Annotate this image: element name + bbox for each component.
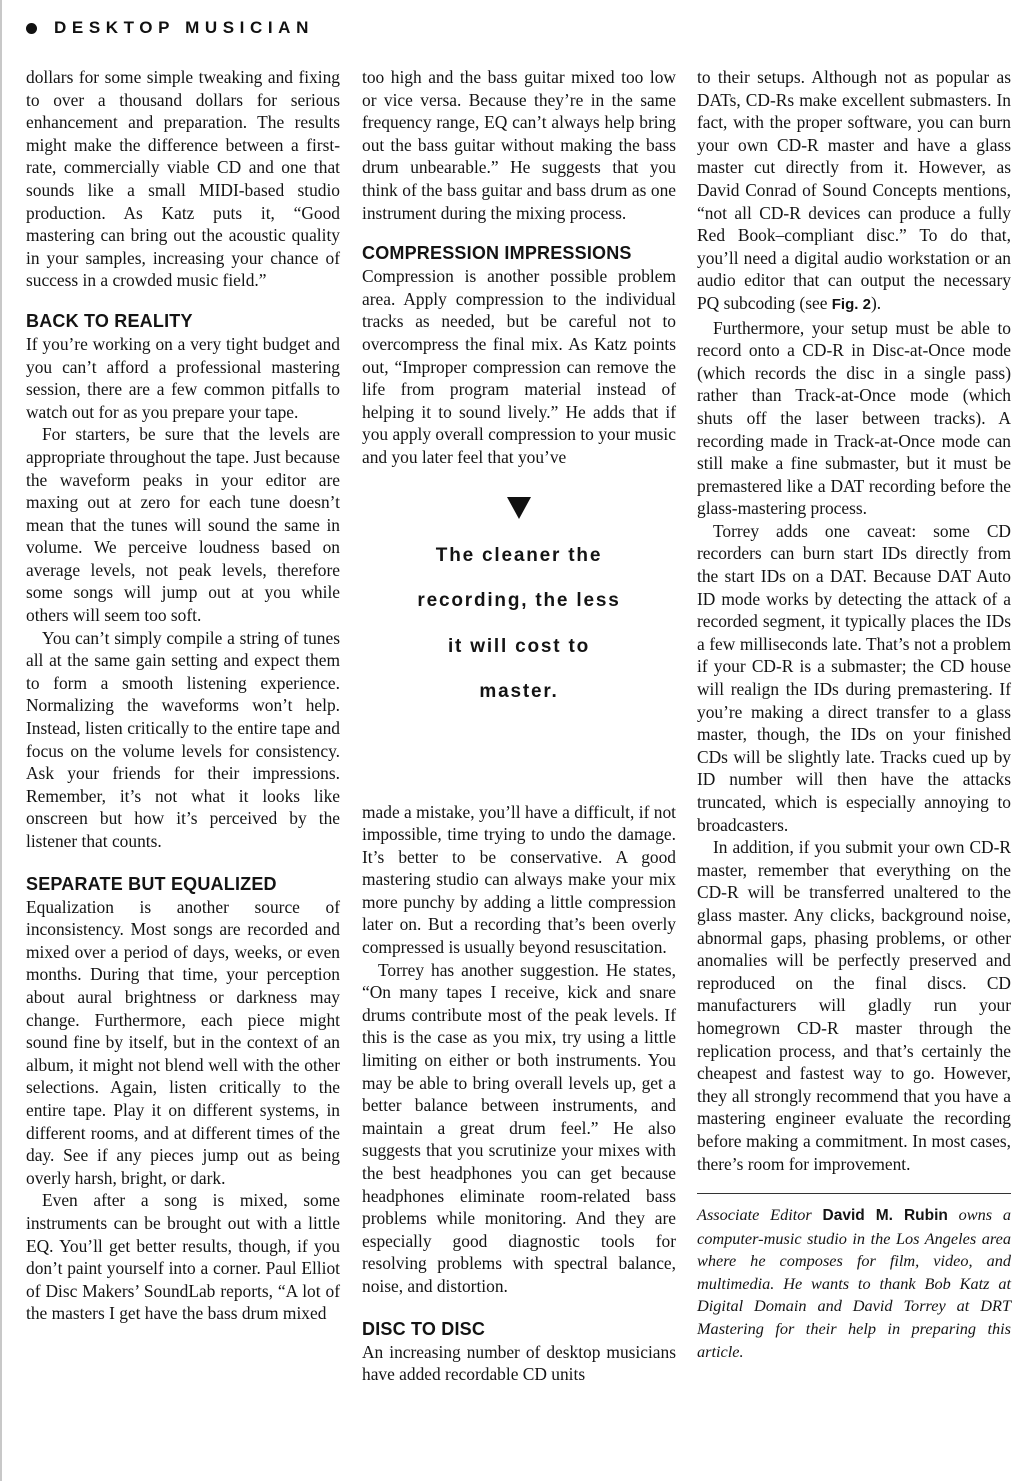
paragraph: Even after a song is mixed, some instrum… (26, 1189, 340, 1325)
author-name: David M. Rubin (823, 1207, 948, 1224)
paragraph: Furthermore, your setup must be able to … (697, 317, 1011, 520)
paragraph: Equalization is another source of incons… (26, 896, 340, 1190)
paragraph: An increasing number of desktop musician… (362, 1341, 676, 1386)
paragraph: You can’t simply compile a string of tun… (26, 627, 340, 853)
subheading-separate-but-equalized: SEPARATE BUT EQUALIZED (26, 873, 340, 895)
triangle-down-icon (507, 497, 531, 519)
column-1: dollars for some simple tweaking and fix… (26, 66, 340, 1325)
subheading-back-to-reality: BACK TO REALITY (26, 310, 340, 332)
paragraph: to their setups. Although not as popular… (697, 66, 1011, 317)
pull-quote-line: master. (479, 669, 558, 715)
figure-reference: Fig. 2 (832, 296, 871, 313)
pull-quote-line: recording, the less (417, 578, 620, 624)
paragraph-text: ). (871, 293, 881, 313)
paragraph: dollars for some simple tweaking and fix… (26, 66, 340, 292)
paragraph: Torrey adds one caveat: some CD recorder… (697, 520, 1011, 836)
subheading-compression-impressions: COMPRESSION IMPRESSIONS (362, 242, 676, 264)
pull-quote: The cleaner the recording, the less it w… (362, 491, 676, 779)
section-header: DESKTOP MUSICIAN (26, 18, 314, 38)
section-title: DESKTOP MUSICIAN (54, 18, 314, 38)
bio-text: Associate Editor (697, 1205, 823, 1224)
bullet-icon (26, 23, 37, 34)
bio-text: owns a computer-music studio in the Los … (697, 1205, 1011, 1361)
pull-quote-line: The cleaner the (436, 533, 602, 579)
pull-quote-line: it will cost to (448, 624, 590, 670)
paragraph: too high and the bass guitar mixed too l… (362, 66, 676, 224)
paragraph: If you’re working on a very tight budget… (26, 333, 340, 423)
subheading-disc-to-disc: DISC TO DISC (362, 1318, 676, 1340)
paragraph: In addition, if you submit your own CD-R… (697, 836, 1011, 1175)
paragraph: Torrey has another suggestion. He states… (362, 959, 676, 1298)
paragraph-text: to their setups. Although not as popular… (697, 67, 1011, 313)
paragraph: For starters, be sure that the levels ar… (26, 423, 340, 626)
column-3: to their setups. Although not as popular… (697, 66, 1011, 1363)
divider (697, 1193, 1011, 1194)
paragraph: Compression is another possible problem … (362, 265, 676, 468)
page-edge (0, 0, 2, 1481)
paragraph: made a mistake, you’ll have a difficult,… (362, 801, 676, 959)
author-bio: Associate Editor David M. Rubin owns a c… (697, 1204, 1011, 1363)
column-2: too high and the bass guitar mixed too l… (362, 66, 676, 1386)
